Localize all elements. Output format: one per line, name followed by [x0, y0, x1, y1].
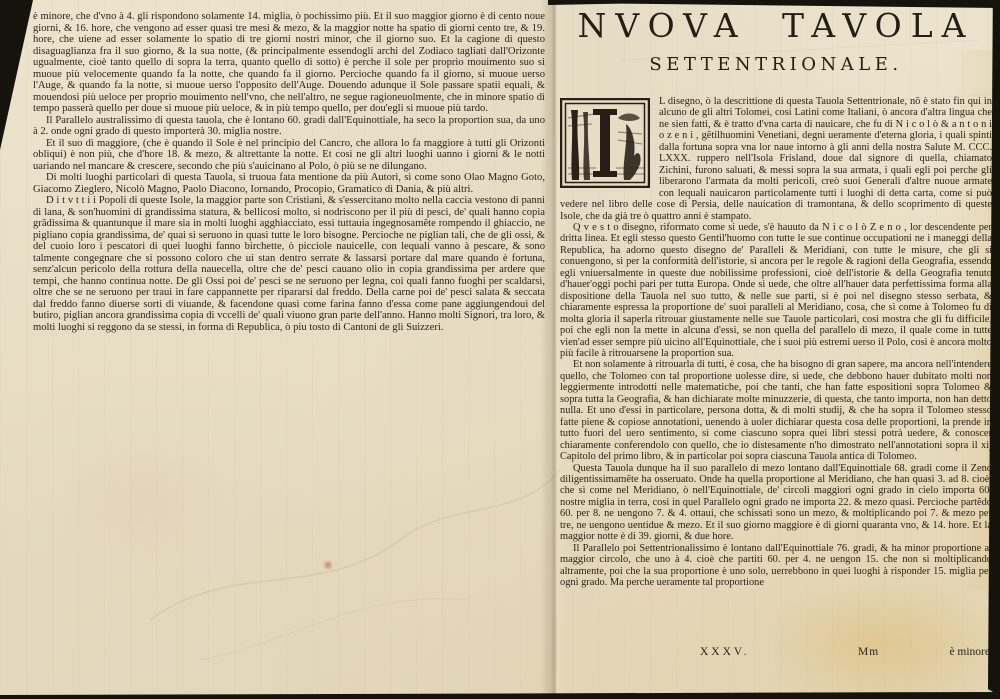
- page-subtitle: SETTENTRIONALE.: [560, 54, 992, 75]
- paragraph: Et il suo dì maggiore, (che è quando il …: [33, 138, 545, 173]
- paragraph: è minore, che d'vno à 4. gli rispondono …: [33, 11, 545, 115]
- right-page-text-column: I L disegno, ò la descrittione di questa…: [560, 96, 992, 588]
- left-page-text-column: è minore, che d'vno à 4. gli rispondono …: [33, 11, 545, 333]
- folio-number: XXXV.: [700, 646, 750, 658]
- paragraph: Et non solamente à ritrouarla di tutti, …: [560, 359, 992, 462]
- paragraph: D i t v t t i i Popoli di queste Isole, …: [33, 195, 545, 333]
- paragraph: Di molti luoghi particolari di questa Ta…: [33, 172, 545, 195]
- signature-mark: Mm: [858, 646, 879, 658]
- paragraph: Q v e s t o disegno, riformato come si u…: [560, 222, 992, 359]
- book-page-scan: è minore, che d'vno à 4. gli rispondono …: [0, 0, 1000, 699]
- scan-edge-top-left: [0, 0, 33, 150]
- stain: [322, 560, 334, 570]
- paragraph: Il Parallelo poi Settentrionalissimo è l…: [560, 543, 992, 589]
- woodcut-initial-icon: I: [560, 98, 650, 188]
- paragraph: Il Parallelo australissimo di questa tau…: [33, 115, 545, 138]
- catchword: è minore: [949, 646, 990, 658]
- paragraph: Questa Tauola dunque ha il suo parallelo…: [560, 463, 992, 543]
- right-page: NVOVA TAVOLA SETTENTRIONALE.: [560, 0, 992, 699]
- stain: [55, 430, 235, 570]
- page-footer: XXXV. Mm è minore: [560, 646, 992, 662]
- page-title: NVOVA TAVOLA: [560, 6, 992, 45]
